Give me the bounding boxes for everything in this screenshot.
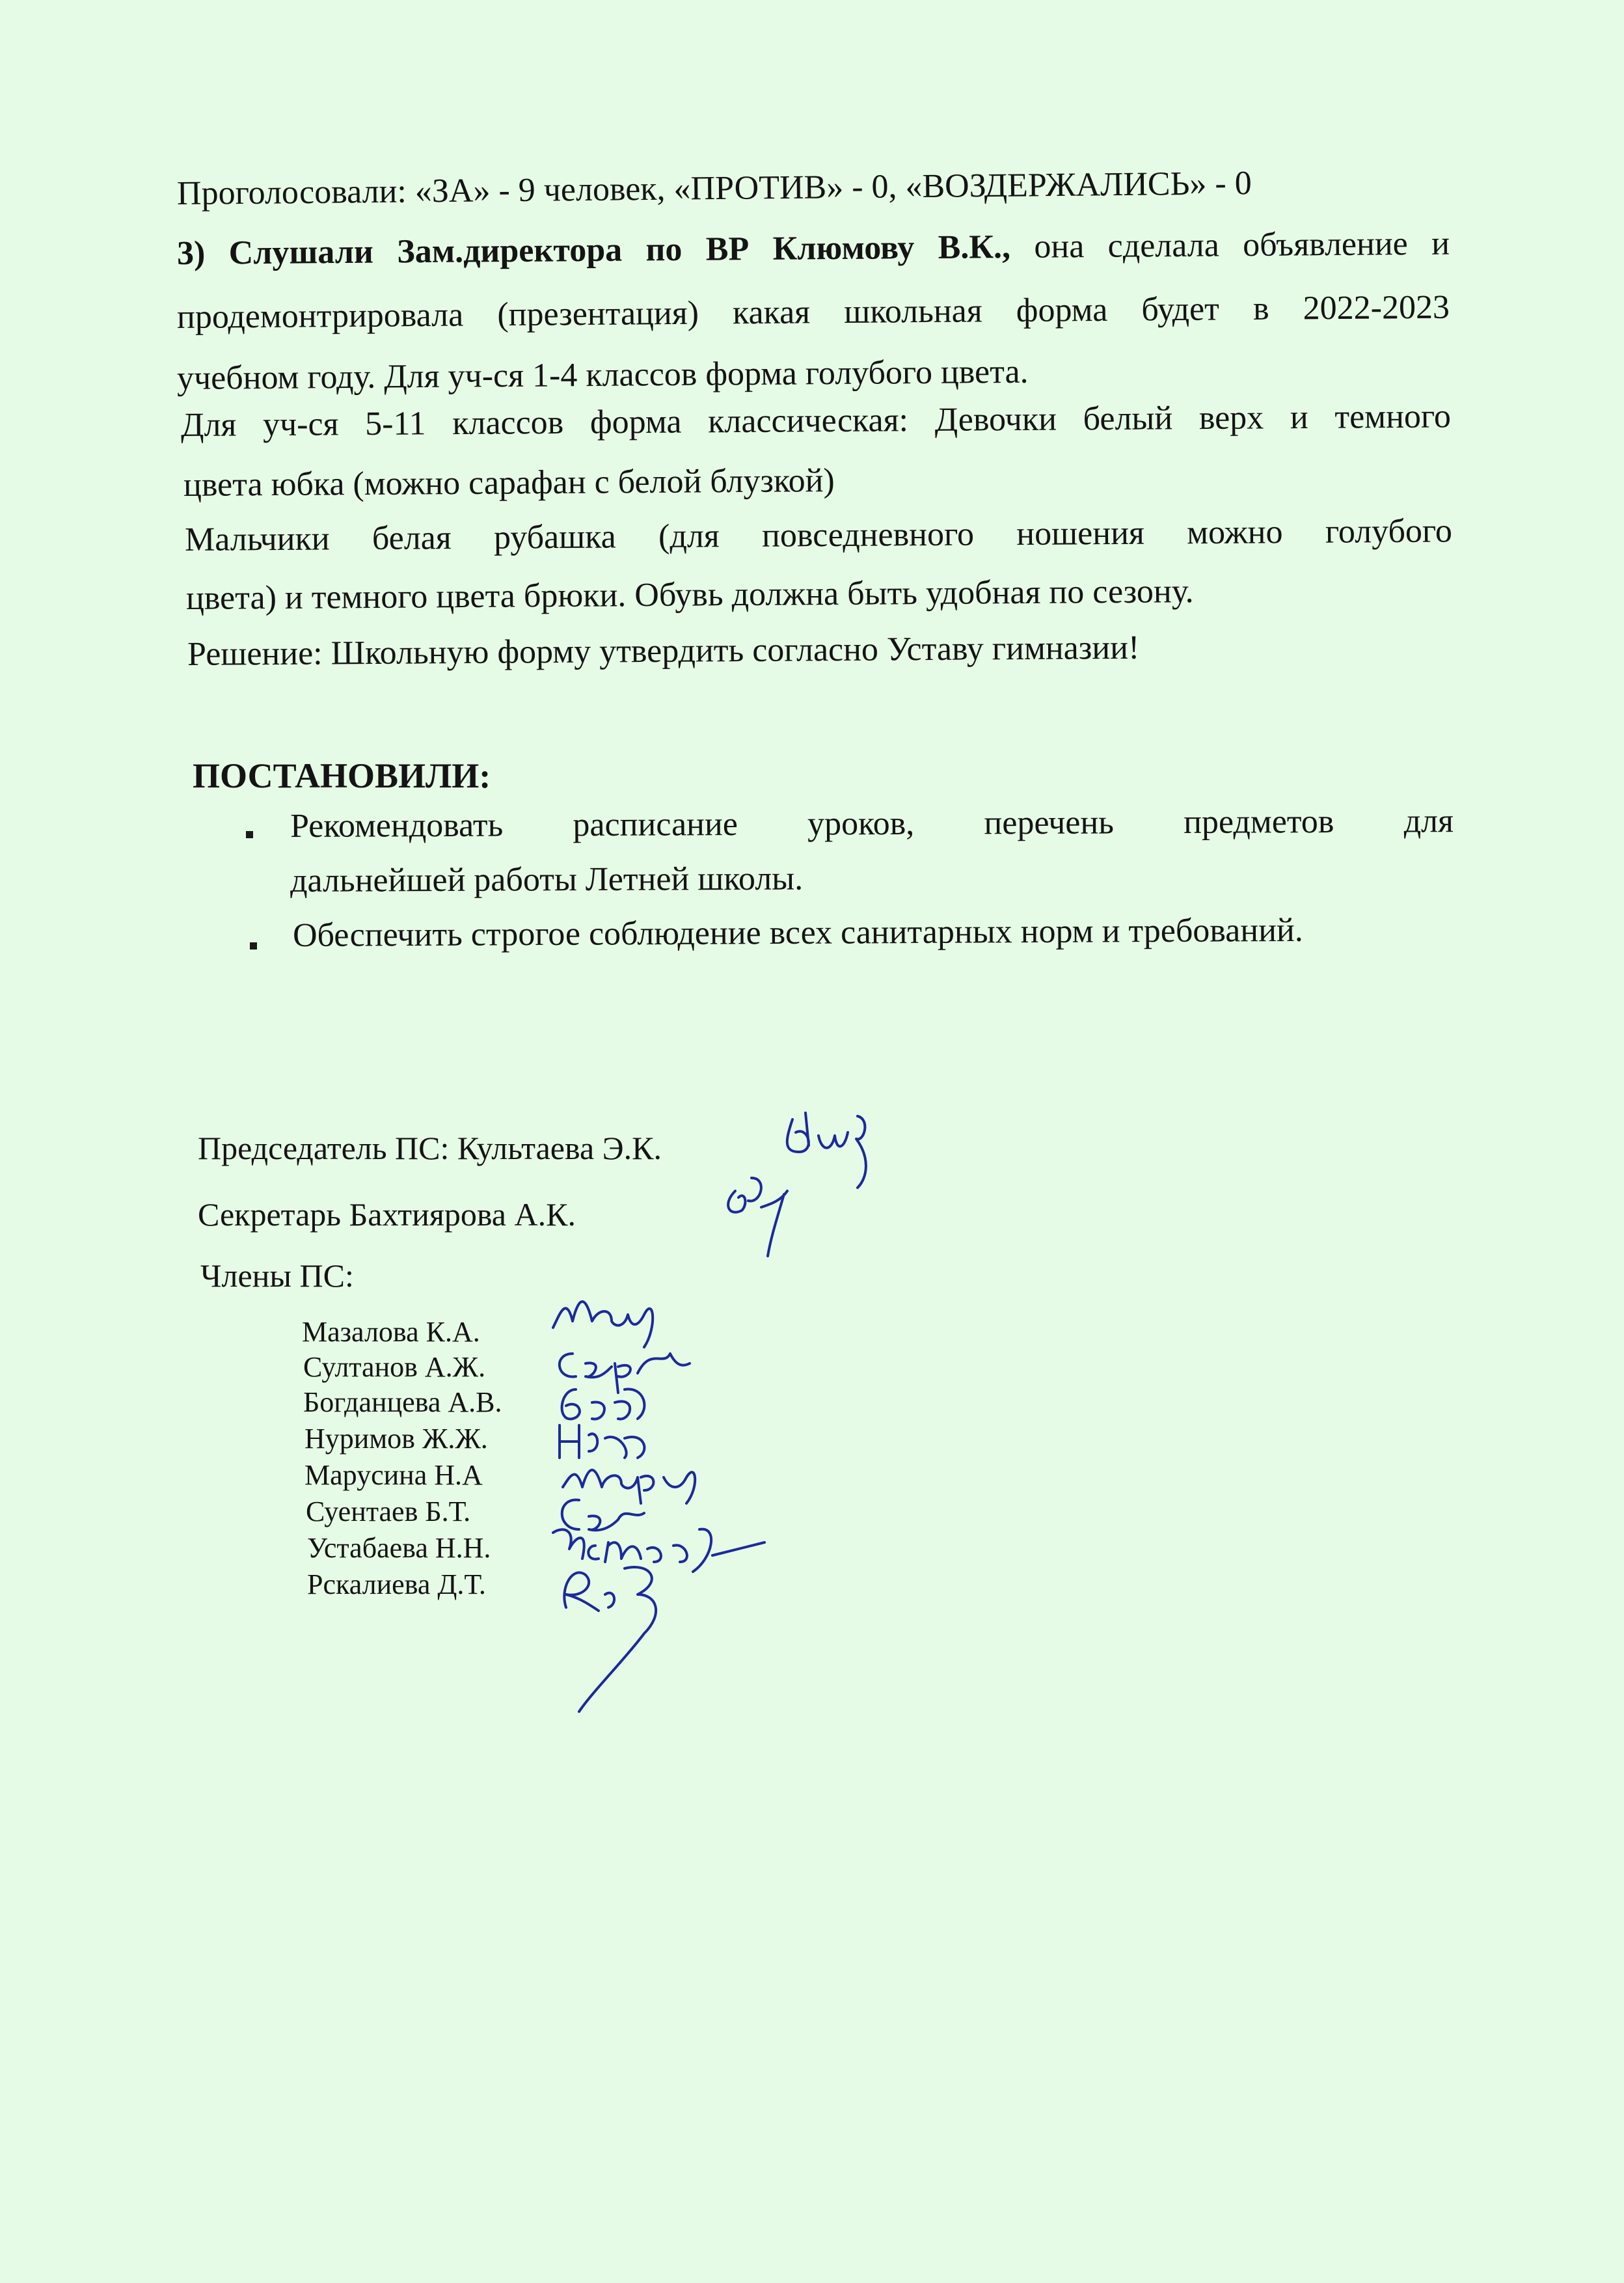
bullet-icon: [246, 831, 253, 838]
resolved-item1-line1: Рекомендовать расписание уроков, перечен…: [290, 802, 1454, 846]
item3-line4: Для уч-ся 5-11 классов форма классическа…: [181, 397, 1451, 445]
item3-line2: продемонтрировала (презентация) какая шк…: [177, 288, 1450, 337]
item3-line7: цвета) и темного цвета брюки. Обувь долж…: [186, 572, 1194, 618]
secretary-signature-icon: [722, 1171, 826, 1256]
bullet-icon: [250, 942, 257, 950]
resolved-item2-line1: Обеспечить строгое соблюдение всех санит…: [293, 911, 1303, 955]
member-signature-icon: [553, 1562, 722, 1712]
member-name: Суентаев Б.Т.: [306, 1496, 470, 1528]
item3-line3: учебном году. Для уч-ся 1-4 классов форм…: [177, 353, 1029, 398]
member-name: Богданцева А.В.: [303, 1386, 502, 1419]
document-page: Проголосовали: «ЗА» - 9 человек, «ПРОТИВ…: [0, 0, 1624, 2283]
chair-name: Председатель ПС: Культаева Э.К.: [198, 1128, 662, 1168]
vote-result-text: Проголосовали: «ЗА» - 9 человек, «ПРОТИВ…: [177, 164, 1252, 213]
item3-line1-rest: она сделала объявление и: [1010, 225, 1450, 266]
member-name: Рскалиева Д.Т.: [307, 1568, 486, 1601]
secretary-name: Секретарь Бахтиярова А.К.: [198, 1195, 576, 1234]
resolved-heading: ПОСТАНОВИЛИ:: [193, 756, 491, 795]
member-name: Устабаева Н.Н.: [307, 1532, 491, 1565]
member-name: Марусина Н.А: [304, 1459, 483, 1492]
member-signature-icon: [547, 1289, 742, 1347]
item3-line5: цвета юбка (можно сарафан с белой блузко…: [183, 461, 835, 505]
members-label: Члены ПС:: [200, 1256, 354, 1295]
item3-line1: 3) Слушали Зам.директора по ВР Клюмову В…: [177, 225, 1450, 273]
item3-line6: Мальчики белая рубашка (для повседневног…: [185, 512, 1452, 560]
resolved-item1-line2: дальнейшей работы Летней школы.: [290, 860, 803, 901]
item3-decision: Решение: Школьную форму утвердить соглас…: [187, 629, 1140, 674]
member-name: Нуримов Ж.Ж.: [304, 1423, 488, 1455]
member-name: Мазалова К.А.: [302, 1316, 480, 1348]
item3-speaker: 3) Слушали Зам.директора по ВР Клюмову В…: [177, 228, 1010, 272]
member-name: Султанов А.Ж.: [303, 1351, 485, 1384]
